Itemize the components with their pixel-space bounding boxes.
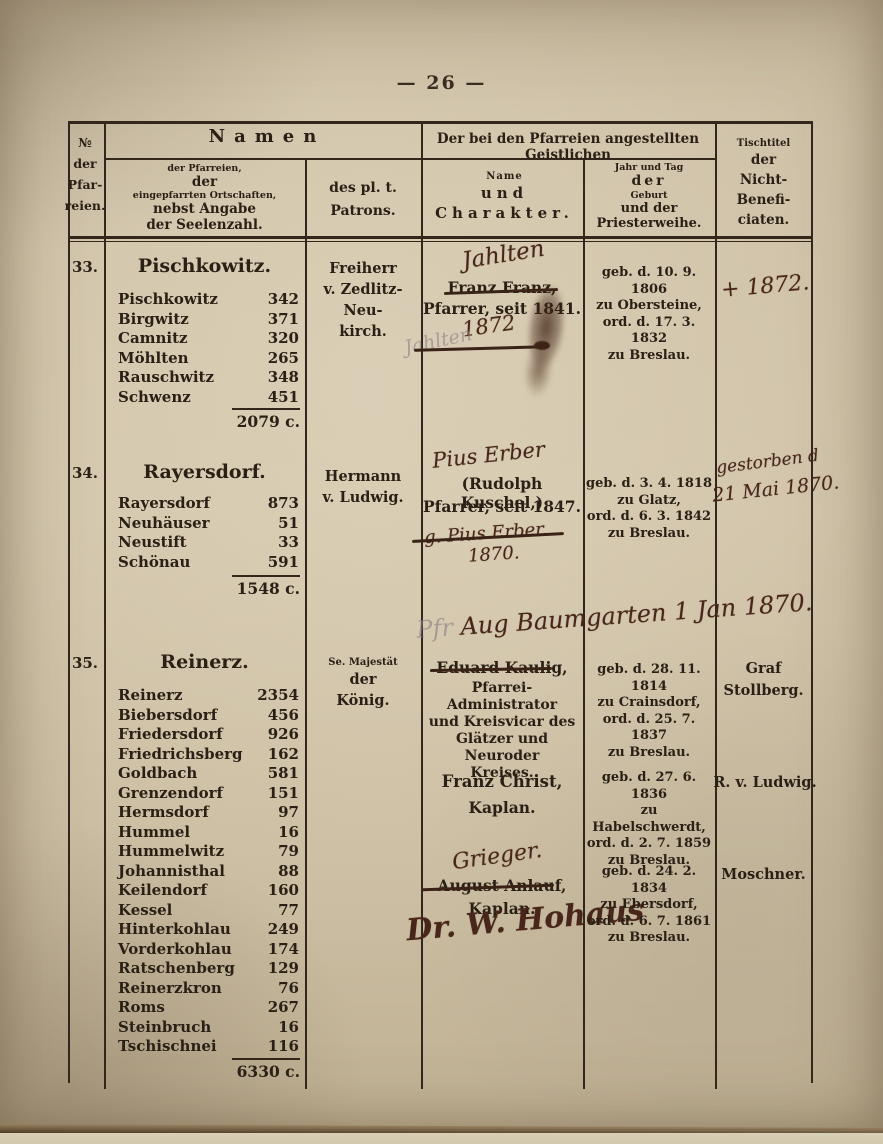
village-row: Camnitz320 [118,329,299,349]
row34-clergy-role: Pfarrer, seit 1847. [421,497,583,516]
header-no-line: reien. [64,195,106,216]
birth-line: geb. d. 28. 11. 1814 [583,662,715,695]
village-row: Biebersdorf456 [118,706,299,726]
tischtitel-line: R. v. Ludwig. [710,772,820,794]
row33-total-souls: 2079 c. [118,412,300,431]
header-tischtitel-line: Tischtitel [715,137,812,150]
header-tischtitel: TischtitelderNicht-Benefi-ciaten. [715,137,812,230]
header-tischtitel-line: Nicht-Benefi- [715,170,812,210]
village-souls: 51 [278,514,299,534]
header-pfarreien-line: nebst Angabe [106,201,303,217]
birth-line: geb. d. 10. 9. 1806 [583,265,715,298]
village-name: Keilendorf [118,881,207,901]
village-souls: 97 [278,803,299,823]
birth-line: geb. d. 27. 6. 1836 [583,770,715,803]
header-geburt-line: der [583,173,715,190]
register-page: — 26 — №derPfar-reien. Namen Der bei den… [0,0,883,1144]
patron-line: v. Ludwig. [305,487,421,508]
birth-line: zu Crainsdorf, [583,695,715,712]
village-name: Goldbach [118,764,197,784]
village-row: Rayersdorf873 [118,494,299,514]
header-geburt-line: Geburt [583,190,715,201]
village-row: Kessel77 [118,901,299,921]
village-souls: 249 [268,920,299,940]
header-geburt: Jahr und TagderGeburtund derPriesterweih… [583,162,715,231]
row35-clergy1-tischtitel: GrafStollberg. [715,658,812,702]
row35-clergy2-name: Franz Christ, [421,772,583,791]
header-geburt-line: und der [583,201,715,216]
patron-line: König. [305,690,421,711]
village-souls: 160 [268,881,299,901]
village-name: Hummel [118,823,190,843]
village-name: Camnitz [118,329,188,349]
row34-birth-info: geb. d. 3. 4. 1818zu Glatz,ord. d. 6. 3.… [583,476,715,542]
village-row: Pischkowitz342 [118,290,299,310]
village-souls: 265 [268,349,299,369]
header-tischtitel-line: ciaten. [715,210,812,230]
village-souls: 174 [268,940,299,960]
patron-line: Hermann [305,466,421,487]
row33-patron: Freiherrv. Zedlitz-Neu-kirch. [305,258,421,342]
village-name: Ratschenberg [118,959,235,979]
village-souls: 342 [268,290,299,310]
village-row: Rauschwitz348 [118,368,299,388]
header-name-charakter: NameundCharakter. [421,170,583,223]
row33-village-list: Pischkowitz342Birgwitz371Camnitz320Möhlt… [118,290,299,407]
village-souls: 348 [268,368,299,388]
village-name: Reinerz [118,686,183,706]
header-geburt-line: Priesterweihe. [583,216,715,231]
village-name: Grenzendorf [118,784,223,804]
row35-handwritten-span: Pfr Aug Baumgarten 1 Jan 1870. [416,588,814,644]
village-souls: 162 [268,745,299,765]
birth-line: ord. d. 2. 7. 1859 [583,836,715,853]
village-row: Möhlten265 [118,349,299,369]
village-souls: 926 [268,725,299,745]
row33-tischtitel-handwritten: + 1872. [720,270,810,303]
village-name: Kessel [118,901,172,921]
village-row: Reinerz2354 [118,686,299,706]
header-no: №derPfar-reien. [64,132,106,216]
birth-line: zu Ebersdorf, [583,897,715,914]
village-name: Schwenz [118,388,191,408]
village-row: Schönau591 [118,553,299,573]
row35-handwritten-pfr: Pfr [416,613,462,644]
village-name: Rauschwitz [118,368,214,388]
row34-total-souls: 1548 c. [118,579,300,598]
row35-total-souls: 6330 c. [118,1062,300,1081]
header-group-namen: Namen [104,126,421,147]
village-name: Tschischnei [118,1037,217,1057]
header-no-line: Pfar- [64,174,106,195]
village-souls: 873 [268,494,299,514]
row33-sum-rule [232,408,300,410]
header-pfarreien-line: der Pfarreien, [106,163,303,174]
village-souls: 371 [268,310,299,330]
row35-clergy2-birth: geb. d. 27. 6. 1836zu Habelschwerdt,ord.… [583,770,715,869]
birth-line: zu Glatz, [583,493,715,510]
village-souls: 151 [268,784,299,804]
village-souls: 88 [278,862,299,882]
village-name: Johannisthal [118,862,225,882]
row34-number: 34. [64,464,106,482]
village-row: Friedersdorf926 [118,725,299,745]
row35-parish-title: Reinerz. [104,651,305,673]
village-name: Vorderkohlau [118,940,232,960]
village-name: Birgwitz [118,310,189,330]
row34-death-note-line2: 21 Mai 1870. [711,471,840,506]
patron-line: Freiherr [305,258,421,279]
village-row: Hermsdorf97 [118,803,299,823]
village-souls: 129 [268,959,299,979]
birth-line: zu Breslau. [583,348,715,365]
row35-sum-rule [232,1058,300,1060]
village-name: Hinterkohlau [118,920,231,940]
row34-death-note-line1: gestorben d [715,446,820,478]
row35-handwritten-baumgarten: Aug Baumgarten 1 Jan 1870. [460,588,814,641]
village-name: Neuhäuser [118,514,210,534]
village-name: Hermsdorf [118,803,209,823]
page-bottom-backing [0,1133,883,1144]
row34-parish-title: Rayersdorf. [104,461,305,483]
header-no-line: № [64,132,106,153]
village-souls: 320 [268,329,299,349]
village-row: Neustift33 [118,533,299,553]
row35-patron: Se. MajestätderKönig. [305,656,421,711]
village-row: Friedrichsberg162 [118,745,299,765]
row33-number: 33. [64,258,106,276]
village-row: Keilendorf160 [118,881,299,901]
table-top-rule [68,121,812,124]
birth-line: geb. d. 3. 4. 1818 [583,476,715,493]
village-souls: 2354 [257,686,299,706]
village-row: Vorderkohlau174 [118,940,299,960]
header-name-line: Charakter. [421,203,583,223]
header-pfarreien: der Pfarreien,dereingepfarrten Ortschaft… [106,163,303,233]
village-row: Steinbruch16 [118,1018,299,1038]
village-row: Goldbach581 [118,764,299,784]
role-line: Pfarrei-Administrator [421,680,583,714]
village-row: Tschischnei116 [118,1037,299,1057]
village-souls: 581 [268,764,299,784]
village-name: Schönau [118,553,190,573]
village-souls: 116 [268,1037,299,1057]
village-name: Möhlten [118,349,189,369]
row35-clergy3-tischtitel: Moschner. [715,864,812,886]
birth-line: zu Habelschwerdt, [583,803,715,836]
village-row: Hummel16 [118,823,299,843]
header-patron-line: des pl. t. [305,177,421,200]
village-row: Neuhäuser51 [118,514,299,534]
village-row: Reinerzkron76 [118,979,299,999]
village-souls: 16 [278,823,299,843]
row35-clergy3-handwritten-successor: Grieger. [451,838,544,875]
village-souls: 77 [278,901,299,921]
village-row: Birgwitz371 [118,310,299,330]
header-pfarreien-line: eingepfarrten Ortschaften, [106,190,303,201]
row35-clergy2-tischtitel: R. v. Ludwig. [710,772,820,794]
birth-line: ord. d. 25. 7. 1837 [583,712,715,745]
village-row: Grenzendorf151 [118,784,299,804]
header-pfarreien-line: der Seelenzahl. [106,217,303,233]
village-row: Roms267 [118,998,299,1018]
row34-sum-rule [232,575,300,577]
village-name: Pischkowitz [118,290,218,310]
village-souls: 79 [278,842,299,862]
row34-patron: Hermannv. Ludwig. [305,466,421,508]
birth-line: geb. d. 24. 2. 1834 [583,864,715,897]
header-name-line: Name [421,170,583,183]
header-patron-line: Patrons. [305,200,421,223]
patron-line: der [305,669,421,690]
birth-line: zu Breslau. [583,930,715,947]
row35-clergy3-birth: geb. d. 24. 2. 1834zu Ebersdorf,ord. d. … [583,864,715,947]
village-name: Reinerzkron [118,979,222,999]
birth-line: zu Breslau. [583,526,715,543]
header-patron: des pl. t.Patrons. [305,177,421,223]
tischtitel-line: Stollberg. [715,680,812,702]
village-name: Biebersdorf [118,706,217,726]
row35-number: 35. [64,654,106,672]
village-souls: 267 [268,998,299,1018]
birth-line: ord. d. 6. 3. 1842 [583,509,715,526]
row34-handwritten-successor: Pius Erber [431,437,546,473]
village-name: Hummelwitz [118,842,224,862]
page-number: — 26 — [0,72,883,94]
row35-clergy1-birth: geb. d. 28. 11. 1814zu Crainsdorf,ord. d… [583,662,715,761]
header-tischtitel-line: der [715,150,812,170]
village-name: Steinbruch [118,1018,211,1038]
header-group-geistliche: Der bei den Pfarreien angestellten Geist… [421,131,715,163]
patron-line: Se. Majestät [305,656,421,669]
village-souls: 451 [268,388,299,408]
header-bottom-rule-thin [68,241,812,242]
row33-birth-info: geb. d. 10. 9. 1806zu Obersteine,ord. d.… [583,265,715,364]
birth-line: ord. d. 17. 3. 1832 [583,315,715,348]
village-row: Ratschenberg129 [118,959,299,979]
village-souls: 591 [268,553,299,573]
header-bottom-rule-thick [68,236,812,239]
row33-parish-title: Pischkowitz. [104,255,305,277]
tischtitel-line: Moschner. [715,864,812,886]
row35-clergy2-role: Kaplan. [421,798,583,817]
role-line: Glätzer und Neuroder [421,731,583,765]
village-name: Roms [118,998,165,1018]
tischtitel-line: Graf [715,658,812,680]
village-name: Neustift [118,533,187,553]
row35-village-list: Reinerz2354Biebersdorf456Friedersdorf926… [118,686,299,1057]
header-geburt-line: Jahr und Tag [583,162,715,173]
row35-clergy1-role: Pfarrei-Administratorund Kreisvicar desG… [421,680,583,782]
village-name: Friedrichsberg [118,745,243,765]
village-souls: 16 [278,1018,299,1038]
village-row: Hinterkohlau249 [118,920,299,940]
village-row: Hummelwitz79 [118,842,299,862]
birth-line: ord. d. 6. 7. 1861 [583,914,715,931]
row34-village-list: Rayersdorf873Neuhäuser51Neustift33Schöna… [118,494,299,572]
birth-line: zu Breslau. [583,745,715,762]
patron-line: v. Zedlitz-Neu- [305,279,421,321]
village-souls: 456 [268,706,299,726]
header-name-line: und [421,183,583,203]
village-name: Friedersdorf [118,725,223,745]
village-name: Rayersdorf [118,494,210,514]
row34-handwritten-year: 1870. [467,542,520,567]
birth-line: zu Obersteine, [583,298,715,315]
village-souls: 76 [278,979,299,999]
village-row: Johannisthal88 [118,862,299,882]
village-souls: 33 [278,533,299,553]
village-row: Schwenz451 [118,388,299,408]
header-pfarreien-line: der [106,174,303,190]
header-no-line: der [64,153,106,174]
role-line: und Kreisvicar des [421,714,583,731]
